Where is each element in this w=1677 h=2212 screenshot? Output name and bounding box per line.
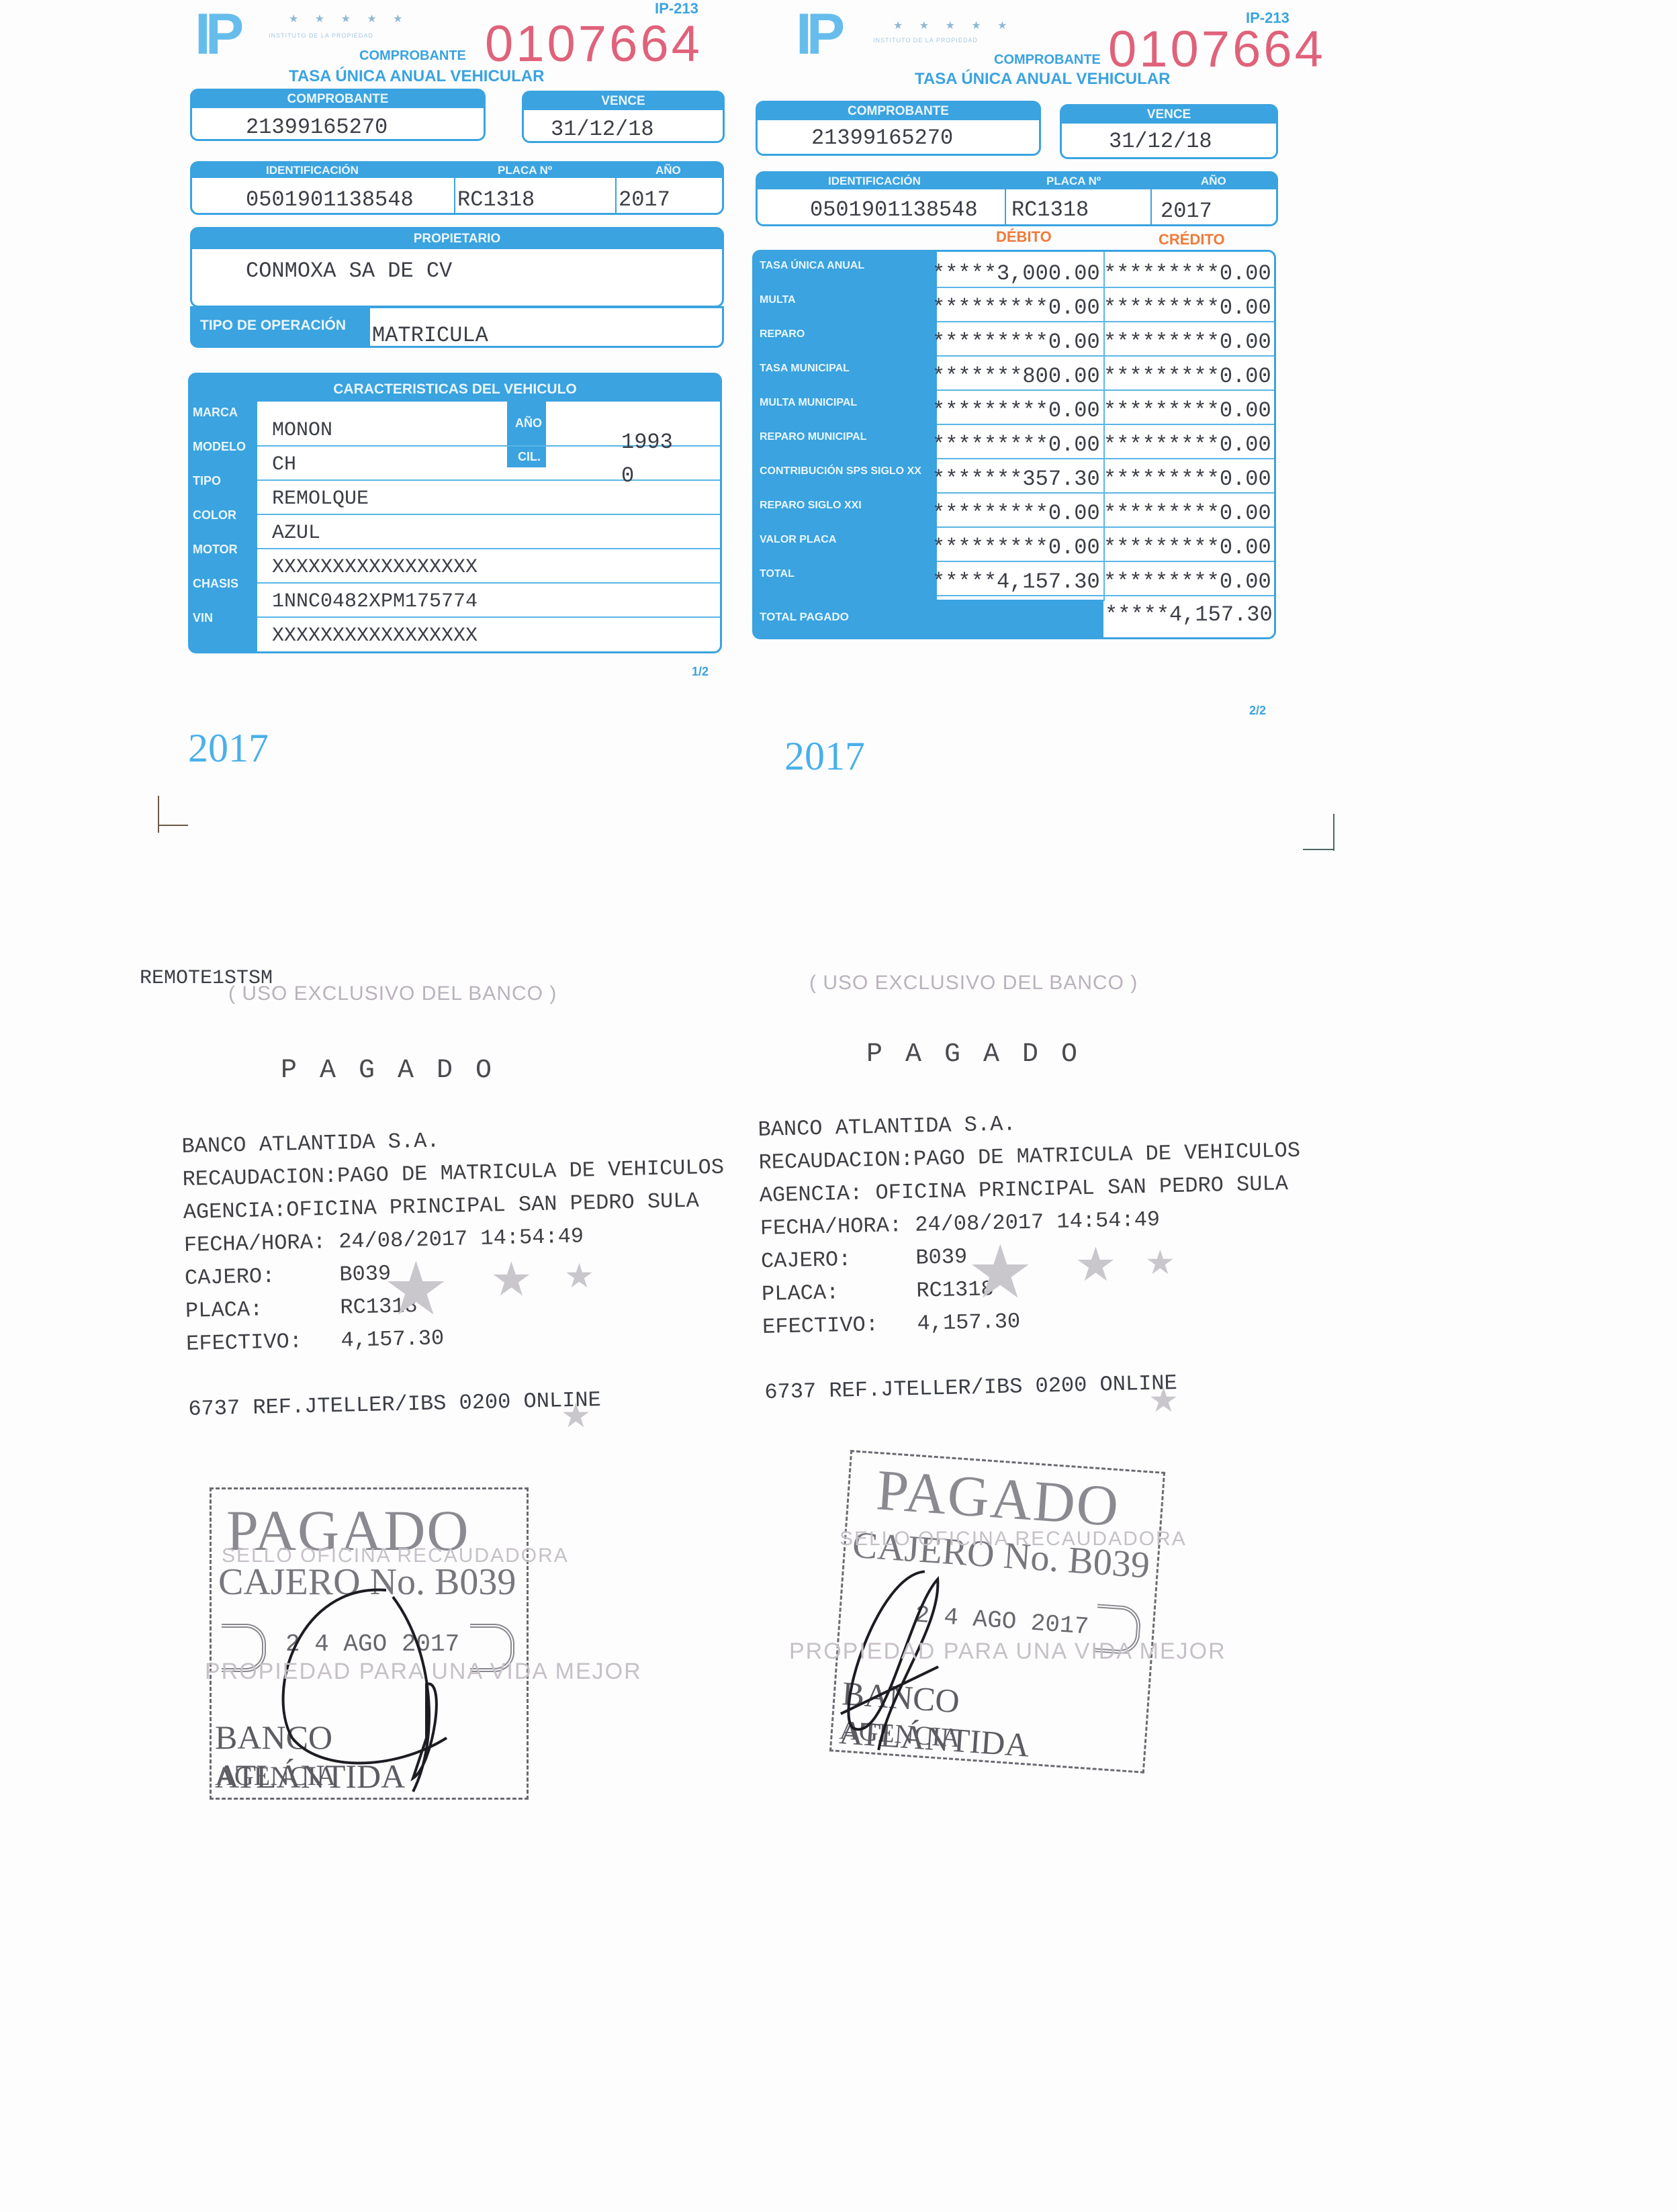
identificacion-box: IDENTIFICACIÓN PLACA Nº AÑO 050190113854… <box>190 161 724 215</box>
institution-name: INSTITUTO DE LA PROPIEDAD <box>873 37 978 44</box>
comprobante-box: COMPROBANTE 21399165270 <box>190 89 486 141</box>
vehicle-field-label: VIN <box>193 611 213 625</box>
charge-label: TASA MUNICIPAL <box>760 363 850 375</box>
charge-credito: *********0.00 <box>1103 501 1271 526</box>
star-icon: ★ <box>967 1236 1034 1309</box>
page-indicator: 1/2 <box>692 665 709 679</box>
charge-debito: *********0.00 <box>932 295 1100 320</box>
institution-stars: ★ ★ ★ ★ ★ <box>289 12 410 26</box>
vehicle-field-value: XXXXXXXXXXXXXXXXX <box>272 625 478 647</box>
charge-credito: *********0.00 <box>1103 569 1271 594</box>
star-icon: ★ <box>490 1256 533 1303</box>
charge-credito: *********0.00 <box>1103 467 1271 492</box>
charge-credito: *********0.00 <box>1103 432 1271 457</box>
vehicle-field-label: MODELO <box>193 440 246 454</box>
crop-mark <box>1333 814 1334 851</box>
vehicle-field-value: 1NNC0482XPM175774 <box>272 590 478 613</box>
charge-debito: *********0.00 <box>932 398 1100 423</box>
overprint-text: SELLO OFICINA RECAUDADORA <box>840 1528 1187 1551</box>
watermark-year: 2017 <box>188 725 269 772</box>
comprobante-value: 21399165270 <box>246 115 388 140</box>
placa-value: RC1318 <box>457 187 535 212</box>
overprint-text: SELLO OFICINA RECAUDADORA <box>222 1545 569 1567</box>
vence-value: 31/12/18 <box>551 117 654 142</box>
charge-credito: *********0.00 <box>1103 364 1271 389</box>
charge-debito: *********0.00 <box>932 501 1100 526</box>
vehicle-field-value: REMOLQUE <box>272 488 369 510</box>
charge-label: MULTA <box>760 294 796 306</box>
vehicle-field-value: AZUL <box>272 522 320 545</box>
watermark-year: 2017 <box>784 733 865 780</box>
credito-header: CRÉDITO <box>1159 231 1225 248</box>
charge-debito: *********0.00 <box>932 432 1100 457</box>
charge-debito: *******357.30 <box>932 467 1100 492</box>
receipt-reference: 6737 REF.JTELLER/IBS 0200 ONLINE <box>188 1387 601 1422</box>
receipt-reference: 6737 REF.JTELLER/IBS 0200 ONLINE <box>764 1371 1177 1405</box>
placa-value: RC1318 <box>1011 197 1089 222</box>
star-icon: ★ <box>1075 1241 1117 1288</box>
charge-credito: *********0.00 <box>1103 535 1271 560</box>
vehicle-cil-value: 0 <box>621 463 634 488</box>
star-icon: ★ <box>564 1259 594 1293</box>
vehicle-year-value: 1993 <box>621 430 673 455</box>
voucher-title: TASA ÚNICA ANUAL VEHICULAR <box>289 67 544 86</box>
identificacion-box: IDENTIFICACIÓN PLACA Nº AÑO 050190113854… <box>756 171 1278 226</box>
charges-table: TASA ÚNICA ANUAL*****3,000.00*********0.… <box>752 250 1276 639</box>
crop-mark <box>158 825 188 826</box>
folio-number: 0107664 <box>1108 24 1326 75</box>
vehicle-field-label: COLOR <box>193 508 236 522</box>
charge-label: MULTA MUNICIPAL <box>760 397 857 409</box>
folio-number: 0107664 <box>485 19 702 70</box>
vehicle-field-label: MARCA <box>193 406 238 420</box>
institution-name: INSTITUTO DE LA PROPIEDAD <box>269 32 373 39</box>
star-icon: ★ <box>383 1252 449 1326</box>
tipo-operacion-value: MATRICULA <box>372 323 488 348</box>
charge-credito: *********0.00 <box>1103 398 1271 423</box>
identificacion-value: 0501901138548 <box>810 197 978 222</box>
overprint-text: PROPIEDAD PARA UNA VIDA MEJOR <box>789 1639 1226 1665</box>
charge-label: REPARO <box>760 328 805 340</box>
total-pagado-label: TOTAL PAGADO <box>760 610 849 624</box>
ip-logo: IP <box>195 8 247 60</box>
charge-debito: *****3,000.00 <box>932 261 1100 286</box>
charge-credito: *********0.00 <box>1103 330 1271 355</box>
charge-credito: *********0.00 <box>1103 261 1271 286</box>
charge-label: VALOR PLACA <box>760 534 836 546</box>
bank-stamp-left: PAGADO CAJERO No. B039 2 4 AGO 2017 BANC… <box>210 1487 529 1800</box>
folio-label: COMPROBANTE <box>994 52 1101 68</box>
charge-debito: *******800.00 <box>932 364 1100 389</box>
uso-exclusivo-label: ( USO EXCLUSIVO DEL BANCO ) <box>228 982 557 1005</box>
vehicle-field-value: XXXXXXXXXXXXXXXXX <box>272 556 478 579</box>
comprobante-value: 21399165270 <box>811 126 953 150</box>
vehicle-field-label: MOTOR <box>193 543 238 557</box>
charge-label: REPARO MUNICIPAL <box>760 431 866 443</box>
paid-status: PAGADO <box>281 1056 514 1086</box>
anio-value: 2017 <box>619 187 670 212</box>
uso-exclusivo-label: ( USO EXCLUSIVO DEL BANCO ) <box>809 972 1138 995</box>
vence-box: VENCE 31/12/18 <box>1060 104 1278 159</box>
charge-debito: *********0.00 <box>932 330 1100 355</box>
receipt-lines: BANCO ATLANTIDA S.A. RECAUDACION:PAGO DE… <box>181 1118 728 1361</box>
propietario-value: CONMOXA SA DE CV <box>246 259 452 283</box>
charge-label: CONTRIBUCIÓN SPS SIGLO XX <box>760 465 921 477</box>
folio-label: COMPROBANTE <box>359 48 466 64</box>
star-icon: ★ <box>1145 1246 1175 1279</box>
star-icon: ★ <box>561 1399 591 1432</box>
vence-value: 31/12/18 <box>1109 129 1212 154</box>
crop-mark <box>158 796 159 833</box>
charge-debito: *****4,157.30 <box>932 569 1100 594</box>
ip-logo: IP <box>796 8 848 60</box>
tipo-operacion-box: TIPO DE OPERACIÓN MATRICULA <box>190 306 724 348</box>
institution-stars: ★ ★ ★ ★ ★ <box>893 19 1014 32</box>
charge-debito: *********0.00 <box>932 535 1100 560</box>
debito-header: DÉBITO <box>996 228 1052 246</box>
identificacion-value: 0501901138548 <box>246 187 414 212</box>
vehicle-field-label: CHASIS <box>193 577 238 591</box>
anio-value: 2017 <box>1161 199 1212 224</box>
page-indicator: 2/2 <box>1249 704 1266 718</box>
comprobante-box: COMPROBANTE 21399165270 <box>756 101 1041 156</box>
vehicle-characteristics-box: CARACTERISTICAS DEL VEHICULO MARCAMONONM… <box>188 373 722 653</box>
charge-label: TOTAL <box>760 568 795 580</box>
vehicle-field-value: CH <box>272 453 296 476</box>
total-pagado-value: *****4,157.30 <box>1105 602 1273 627</box>
crop-mark <box>1303 849 1333 850</box>
vehicle-field-label: TIPO <box>193 474 221 488</box>
vence-box: VENCE 31/12/18 <box>522 91 725 143</box>
vehicle-field-value: MONON <box>272 419 332 442</box>
charge-credito: *********0.00 <box>1103 295 1271 320</box>
charge-label: REPARO SIGLO XXI <box>760 500 862 512</box>
propietario-box: PROPIETARIO CONMOXA SA DE CV <box>190 227 724 308</box>
voucher-title: TASA ÚNICA ANUAL VEHICULAR <box>915 70 1170 89</box>
charge-label: TASA ÚNICA ANUAL <box>760 260 864 272</box>
star-icon: ★ <box>1148 1383 1179 1417</box>
overprint-text: PROPIEDAD PARA UNA VIDA MEJOR <box>205 1659 642 1685</box>
bank-stamp-right: PAGADO CAJERO No. B039 2 4 AGO 2017 BANC… <box>829 1450 1165 1773</box>
paid-status: PAGADO <box>866 1040 1100 1070</box>
